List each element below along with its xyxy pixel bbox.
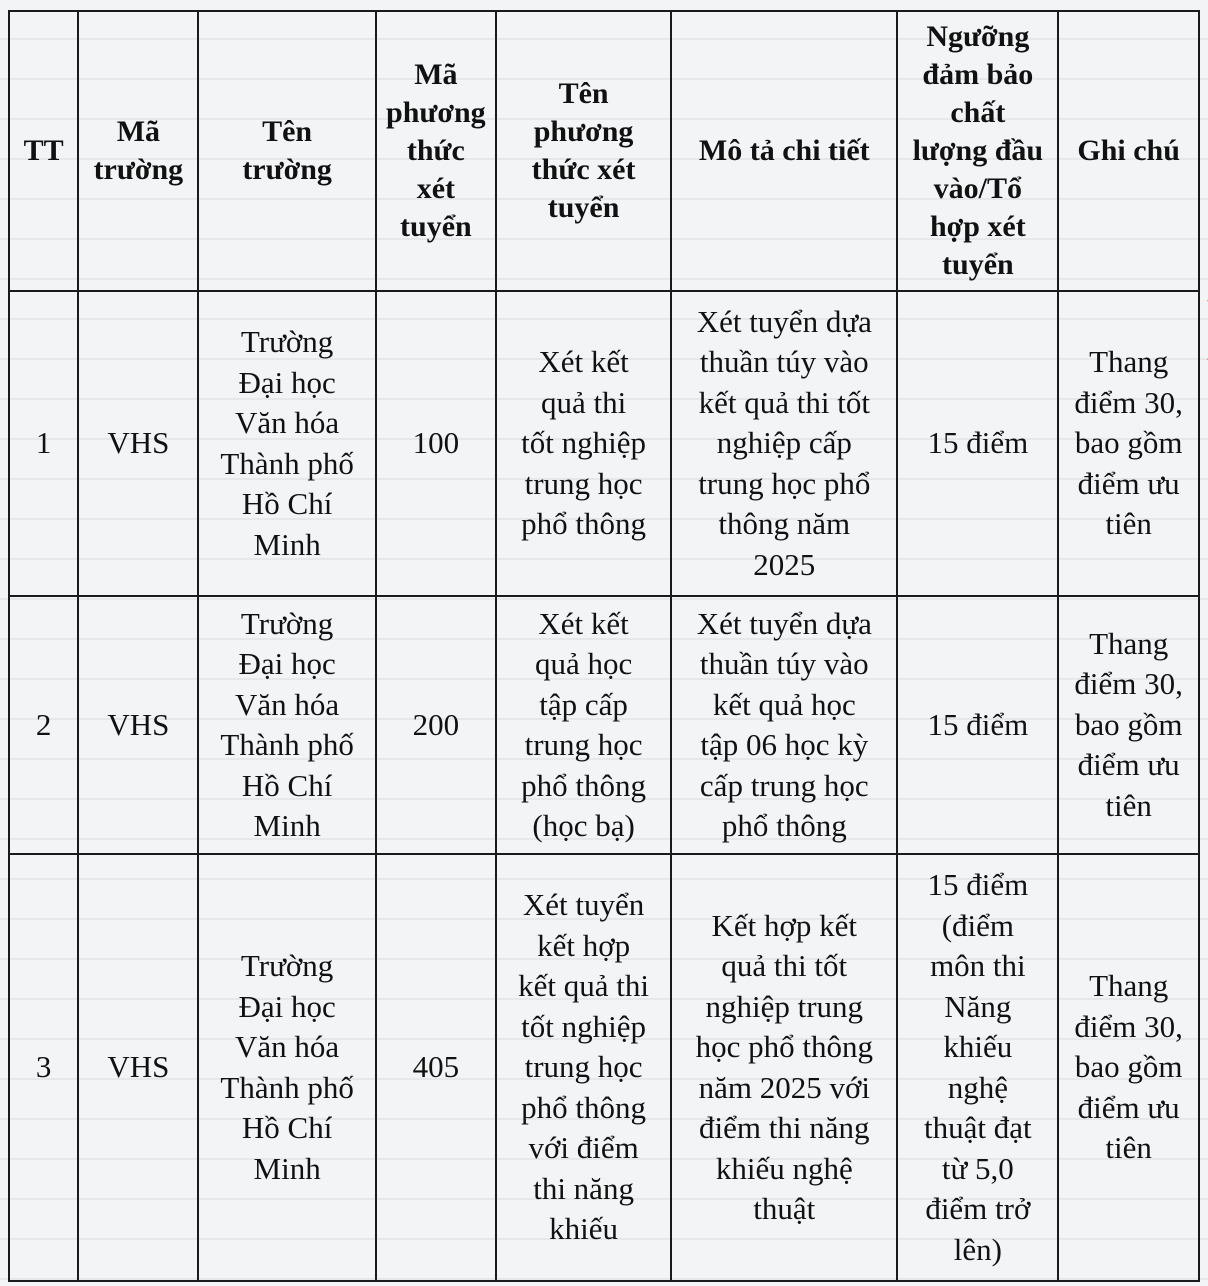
cell-tt: 1 [9,291,78,596]
cell-mo-ta: Xét tuyển dựa thuần túy vào kết quả học … [671,596,897,854]
cell-mo-ta: Kết hợp kết quả thi tốt nghiệp trung học… [671,854,897,1281]
cell-ma-phuong-thuc: 100 [376,291,496,596]
nguong-value: 15 điểm [902,705,1053,746]
ten-phuong-thuc-value: Xét kết quả thi tốt nghiệp trung học phổ… [501,342,666,545]
header-ma-phuong-thuc-text: Mã phương thức xét tuyển [381,56,491,246]
nguong-value: 15 điểm [902,423,1053,464]
admissions-table: TT Mã trường Tên trường Mã phương thức x… [8,10,1200,1282]
table-row: 1 VHS Trường Đại học Văn hóa Thành phố H… [9,291,1199,596]
cell-tt: 3 [9,854,78,1281]
mo-ta-value: Xét tuyển dựa thuần túy vào kết quả học … [676,604,892,847]
header-ghi-chu: Ghi chú [1058,11,1199,291]
tt-value: 1 [14,423,73,464]
cell-ma-truong: VHS [78,854,198,1281]
header-ten-phuong-thuc-text: Tên phương thức xét tuyển [501,75,666,227]
header-ma-truong: Mã trường [78,11,198,291]
cell-ten-truong: Trường Đại học Văn hóa Thành phố Hồ Chí … [198,854,375,1281]
header-ghi-chu-text: Ghi chú [1063,132,1194,170]
header-mo-ta-text: Mô tả chi tiết [676,132,892,170]
cell-ma-truong: VHS [78,291,198,596]
ten-truong-value: Trường Đại học Văn hóa Thành phố Hồ Chí … [203,946,370,1189]
ghi-chu-value: Thang điểm 30, bao gồm điểm ưu tiên [1063,624,1194,827]
header-tt: TT [9,11,78,291]
ma-phuong-thuc-value: 100 [381,423,491,464]
ghi-chu-value: Thang điểm 30, bao gồm điểm ưu tiên [1063,966,1194,1169]
cell-ghi-chu: Thang điểm 30, bao gồm điểm ưu tiên [1058,291,1199,596]
ma-truong-value: VHS [83,423,193,464]
cell-ghi-chu: Thang điểm 30, bao gồm điểm ưu tiên [1058,596,1199,854]
red-stamp-edge [1199,300,1208,360]
mo-ta-value: Xét tuyển dựa thuần túy vào kết quả thi … [676,302,892,586]
cell-ma-phuong-thuc: 200 [376,596,496,854]
cell-ten-phuong-thuc: Xét kết quả thi tốt nghiệp trung học phổ… [496,291,671,596]
cell-ma-truong: VHS [78,596,198,854]
header-ten-truong: Tên trường [198,11,375,291]
cell-ten-phuong-thuc: Xét kết quả học tập cấp trung học phổ th… [496,596,671,854]
tt-value: 2 [14,705,73,746]
cell-nguong: 15 điểm (điểm môn thi Năng khiếu nghệ th… [897,854,1058,1281]
cell-ma-phuong-thuc: 405 [376,854,496,1281]
ma-phuong-thuc-value: 405 [381,1047,491,1088]
ghi-chu-value: Thang điểm 30, bao gồm điểm ưu tiên [1063,342,1194,545]
header-nguong: Ngưỡng đảm bảo chất lượng đầu vào/Tổ hợp… [897,11,1058,291]
cell-tt: 2 [9,596,78,854]
header-tt-text: TT [14,132,73,170]
ma-phuong-thuc-value: 200 [381,705,491,746]
header-ten-phuong-thuc: Tên phương thức xét tuyển [496,11,671,291]
ten-truong-value: Trường Đại học Văn hóa Thành phố Hồ Chí … [203,604,370,847]
table-row: 2 VHS Trường Đại học Văn hóa Thành phố H… [9,596,1199,854]
ma-truong-value: VHS [83,705,193,746]
nguong-value: 15 điểm (điểm môn thi Năng khiếu nghệ th… [902,865,1053,1270]
cell-ten-truong: Trường Đại học Văn hóa Thành phố Hồ Chí … [198,596,375,854]
ma-truong-value: VHS [83,1047,193,1088]
table-row: 3 VHS Trường Đại học Văn hóa Thành phố H… [9,854,1199,1281]
mo-ta-value: Kết hợp kết quả thi tốt nghiệp trung học… [676,906,892,1230]
cell-mo-ta: Xét tuyển dựa thuần túy vào kết quả thi … [671,291,897,596]
cell-ghi-chu: Thang điểm 30, bao gồm điểm ưu tiên [1058,854,1199,1281]
cell-ten-truong: Trường Đại học Văn hóa Thành phố Hồ Chí … [198,291,375,596]
header-ten-truong-text: Tên trường [203,113,370,189]
tt-value: 3 [14,1047,73,1088]
ten-phuong-thuc-value: Xét tuyển kết hợp kết quả thi tốt nghiệp… [501,885,666,1250]
cell-ten-phuong-thuc: Xét tuyển kết hợp kết quả thi tốt nghiệp… [496,854,671,1281]
ten-truong-value: Trường Đại học Văn hóa Thành phố Hồ Chí … [203,322,370,565]
header-ma-phuong-thuc: Mã phương thức xét tuyển [376,11,496,291]
cell-nguong: 15 điểm [897,291,1058,596]
ten-phuong-thuc-value: Xét kết quả học tập cấp trung học phổ th… [501,604,666,847]
header-ma-truong-text: Mã trường [83,113,193,189]
header-mo-ta: Mô tả chi tiết [671,11,897,291]
header-nguong-text: Ngưỡng đảm bảo chất lượng đầu vào/Tổ hợp… [902,18,1053,284]
table-header-row: TT Mã trường Tên trường Mã phương thức x… [9,11,1199,291]
cell-nguong: 15 điểm [897,596,1058,854]
